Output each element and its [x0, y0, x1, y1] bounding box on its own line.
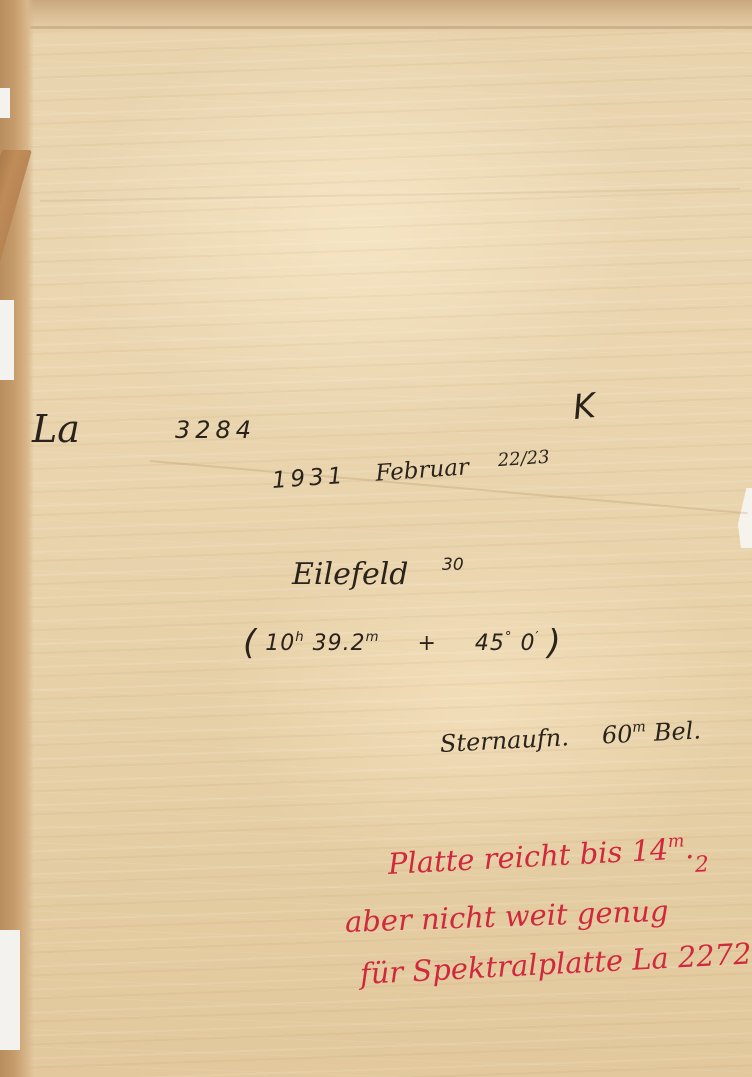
ra-minutes-unit: m — [366, 630, 380, 645]
field-number: 30 — [442, 555, 464, 575]
limiting-magnitude-decimal: 2 — [694, 852, 709, 878]
plate-prefix: La — [32, 410, 80, 448]
plate-envelope: La 3284 K 1931 Februar 22/23 Eilefeld 30… — [0, 0, 752, 1077]
classification-mark: K — [571, 389, 597, 425]
ra-minutes: 39.2 — [313, 631, 366, 656]
red-note-line-3: für Spektralplatte La 2272 — [359, 939, 752, 988]
red-note-text: Platte reicht bis — [387, 835, 623, 881]
dec-minutes-unit: ′ — [536, 630, 540, 645]
observation-month: Februar — [375, 454, 470, 486]
dec-minutes: 0 — [521, 631, 536, 656]
folded-top-edge — [0, 0, 752, 34]
instrument-name: Sternaufn. — [439, 723, 569, 758]
ra-hours: 10 — [265, 631, 295, 656]
dec-sign: + — [417, 631, 436, 656]
plate-number: 3284 — [175, 418, 256, 442]
red-note-line-1: Platte reicht bis 14m.2 — [387, 833, 709, 879]
field-name: Eilefeld — [292, 557, 409, 592]
exposure-info: Sternaufn. 60m Bel. — [439, 718, 701, 756]
dec-degrees: 45 — [475, 631, 505, 656]
exposure-abbrev: Bel. — [653, 716, 702, 746]
edge-tear — [0, 88, 10, 118]
red-note-line-2: aber nicht weit genug — [344, 897, 668, 937]
exposure-time: 60 — [601, 720, 633, 750]
dec-degrees-unit: ° — [505, 630, 513, 645]
edge-tear — [0, 300, 14, 380]
exposure-unit: m — [632, 719, 646, 736]
field-coordinates: ( 10h 39.2m + 45° 0′ ) — [243, 622, 562, 656]
field-designation: Eilefeld 30 — [292, 560, 464, 590]
observation-nights: 22/23 — [497, 447, 550, 472]
observation-year: 1931 — [271, 463, 347, 494]
observation-date: 1931 Februar 22/23 — [271, 451, 551, 493]
edge-tear — [0, 930, 20, 1050]
edge-tear — [738, 488, 752, 548]
limiting-magnitude: 14 — [631, 832, 670, 868]
open-paren: ( — [243, 623, 257, 663]
limiting-magnitude-unit: m — [667, 831, 685, 852]
close-paren: ) — [548, 623, 562, 663]
paper-crease — [40, 188, 740, 202]
ra-hours-unit: h — [295, 630, 304, 645]
